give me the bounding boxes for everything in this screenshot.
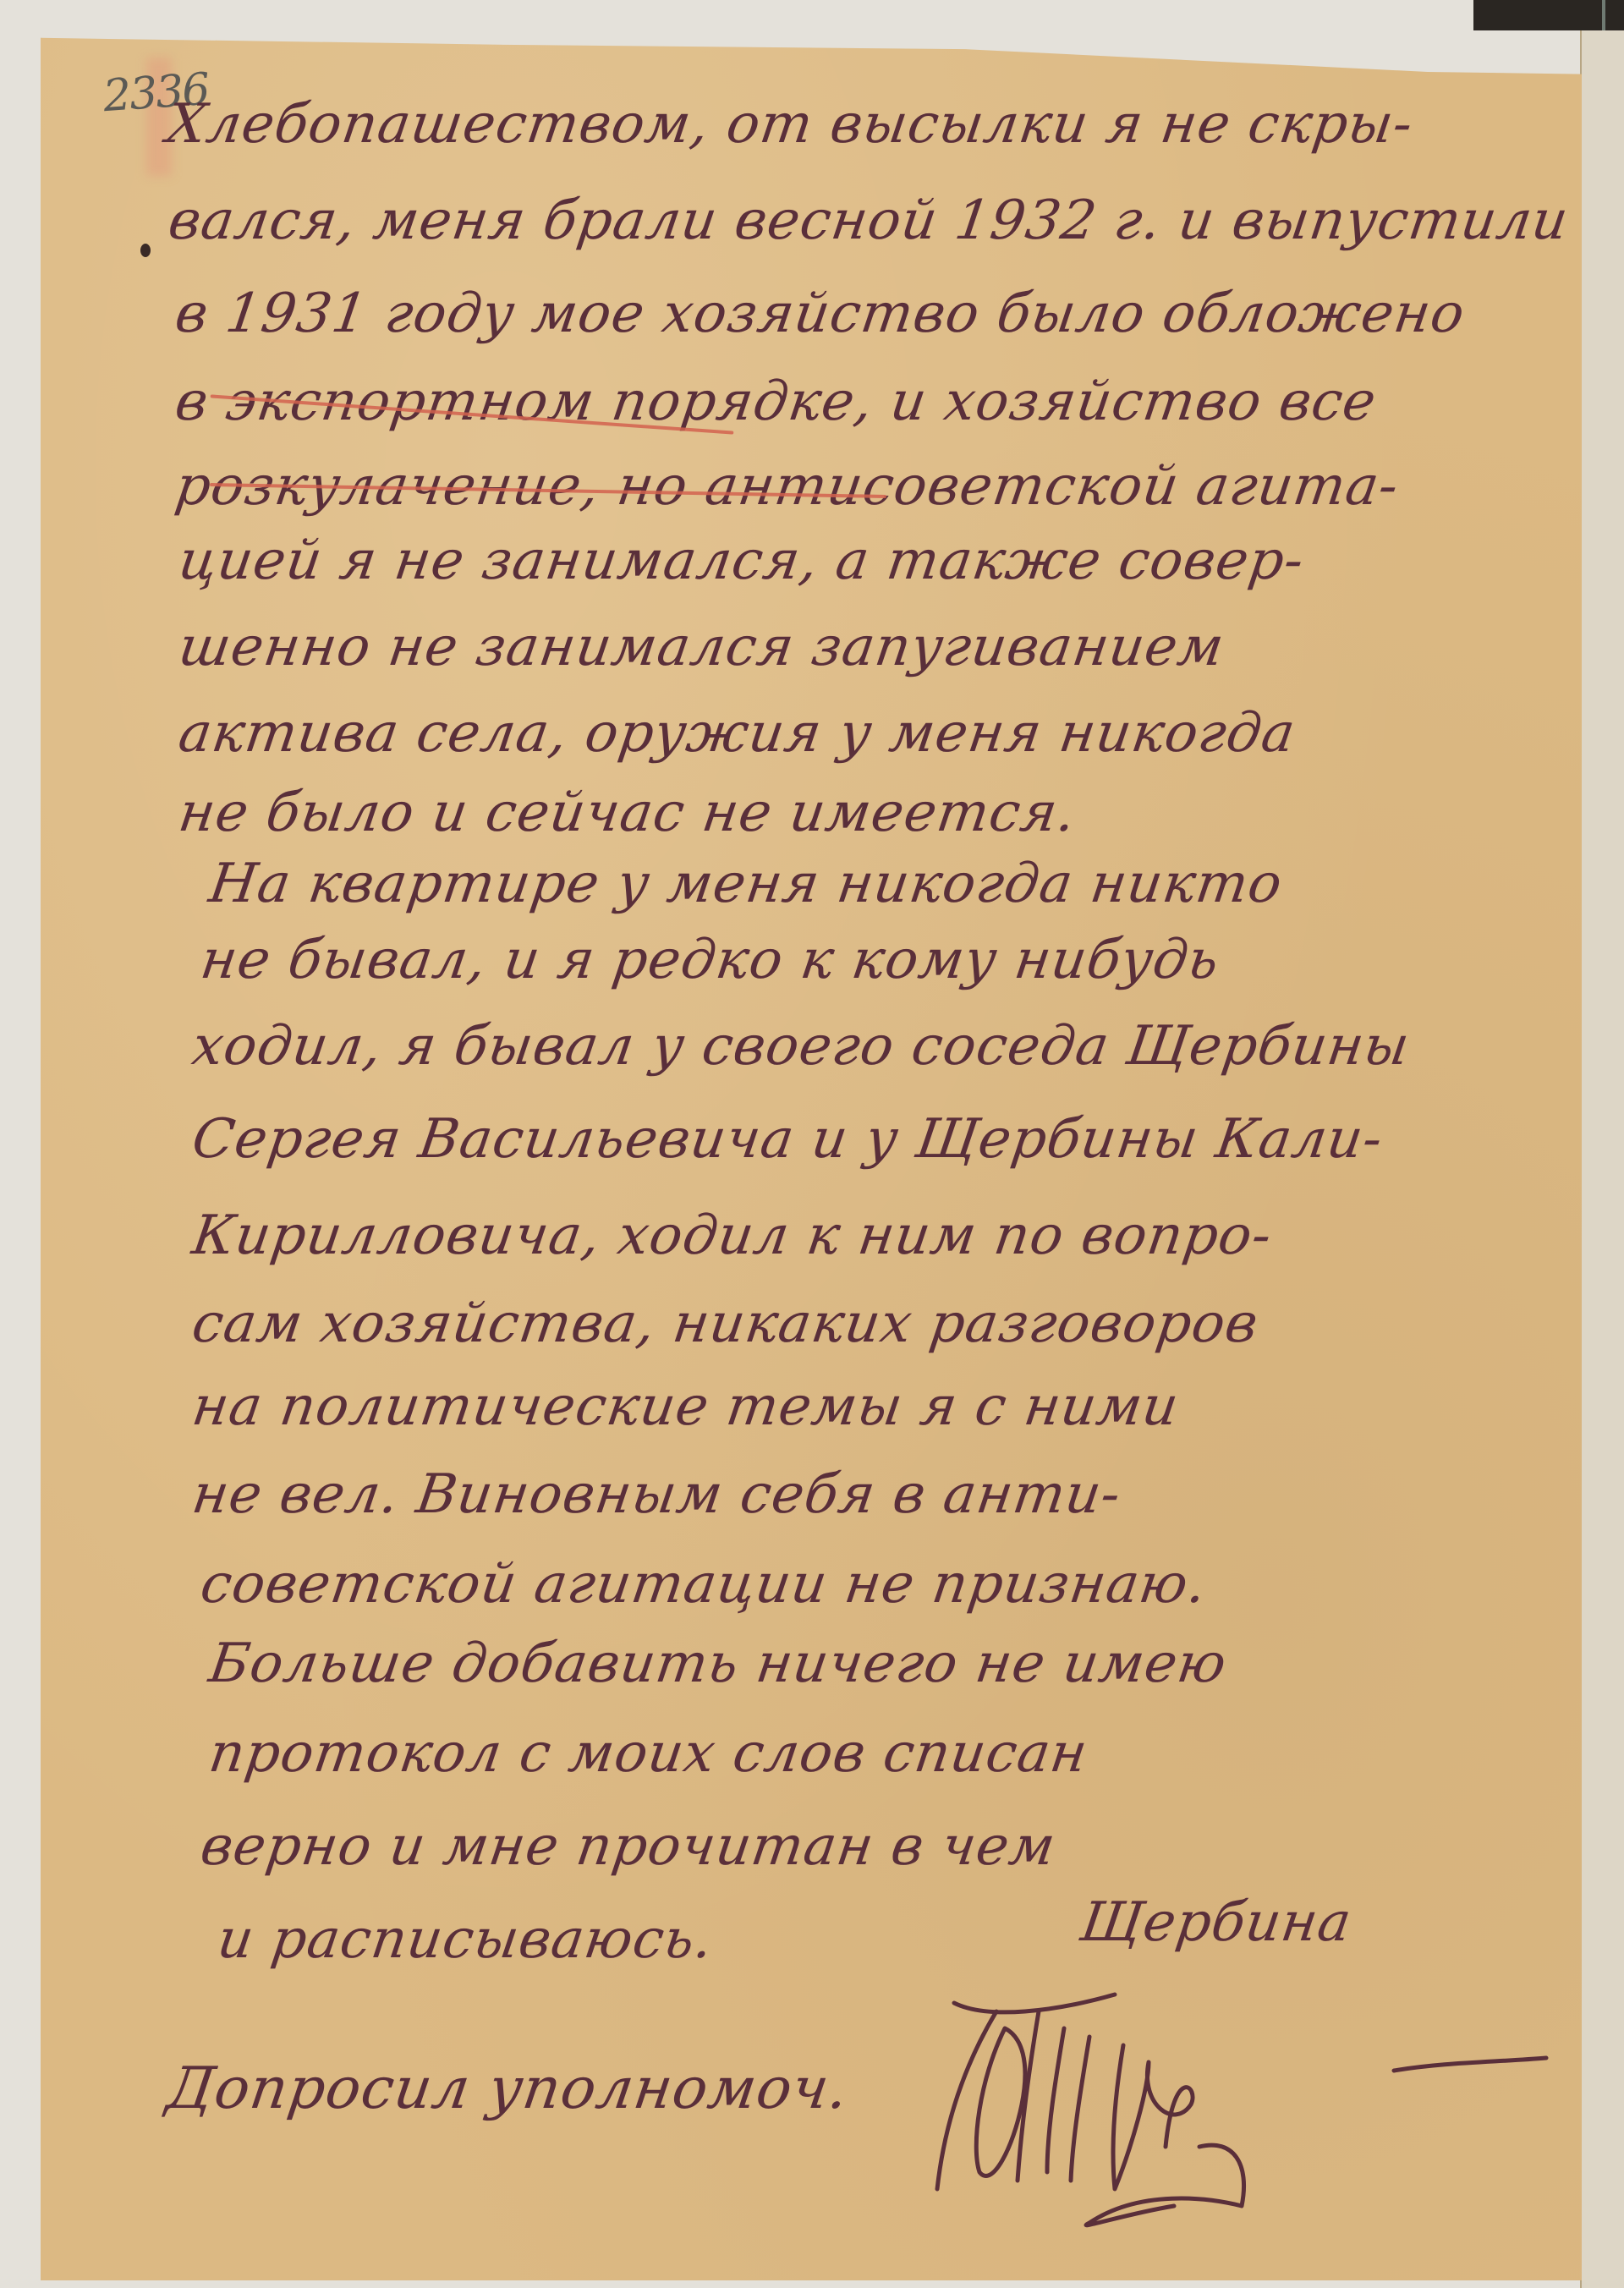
text-line-3: в 1931 году мое хозяйство было обложено xyxy=(172,283,1469,345)
ink-dot xyxy=(140,244,151,257)
interrogator-label: Допросил уполномоч. xyxy=(162,2055,853,2122)
text-line-6: цией я не занимался, а также совер- xyxy=(175,529,1309,592)
text-line-21: верно и мне прочитан в чем xyxy=(197,1815,1060,1878)
witness-signature: Щербина xyxy=(1077,1891,1356,1954)
text-line-10: На квартире у меня никогда никто xyxy=(206,853,1287,915)
text-line-20: протокол с моих слов списан xyxy=(206,1722,1092,1785)
text-line-7: шенно не занимался запугиванием xyxy=(175,616,1228,678)
text-line-8: актива села, оружия у меня никогда xyxy=(175,702,1300,765)
text-line-15: сам хозяйства, никаких разговоров xyxy=(189,1292,1263,1355)
text-line-22: и расписываюсь. xyxy=(214,1908,717,1971)
binder-edge xyxy=(1473,0,1624,30)
text-line-4: в экспортном порядке, и хозяйство все xyxy=(172,370,1380,433)
text-line-13: Сергея Васильевича и у Щербины Кали- xyxy=(189,1108,1387,1171)
text-line-9: не было и сейчас не имеется. xyxy=(175,782,1080,844)
text-line-12: ходил, я бывал у своего соседа Щербины xyxy=(189,1015,1413,1078)
text-line-19: Больше добавить ничего не имею xyxy=(206,1632,1231,1695)
official-signature xyxy=(920,1978,1580,2257)
text-line-1: Хлебопашеством, от высылки я не скры- xyxy=(163,93,1417,156)
document-page: 2336 Хлебопашеством, от высылки я не скр… xyxy=(41,15,1582,2280)
binder-strip xyxy=(1602,0,1605,30)
text-line-2: вался, меня брали весной 1932 г. и выпус… xyxy=(165,189,1572,252)
text-line-11: не бывал, и я редко к кому нибудь xyxy=(197,929,1223,991)
text-line-17: не вел. Виновным себя в анти- xyxy=(189,1463,1125,1526)
text-line-14: Кирилловича, ходил к ним по вопро- xyxy=(189,1204,1276,1267)
backing-sheet xyxy=(1580,30,1624,2288)
text-line-18: советской агитации не признаю. xyxy=(197,1553,1210,1616)
text-line-16: на политические темы я с ними xyxy=(189,1375,1183,1438)
